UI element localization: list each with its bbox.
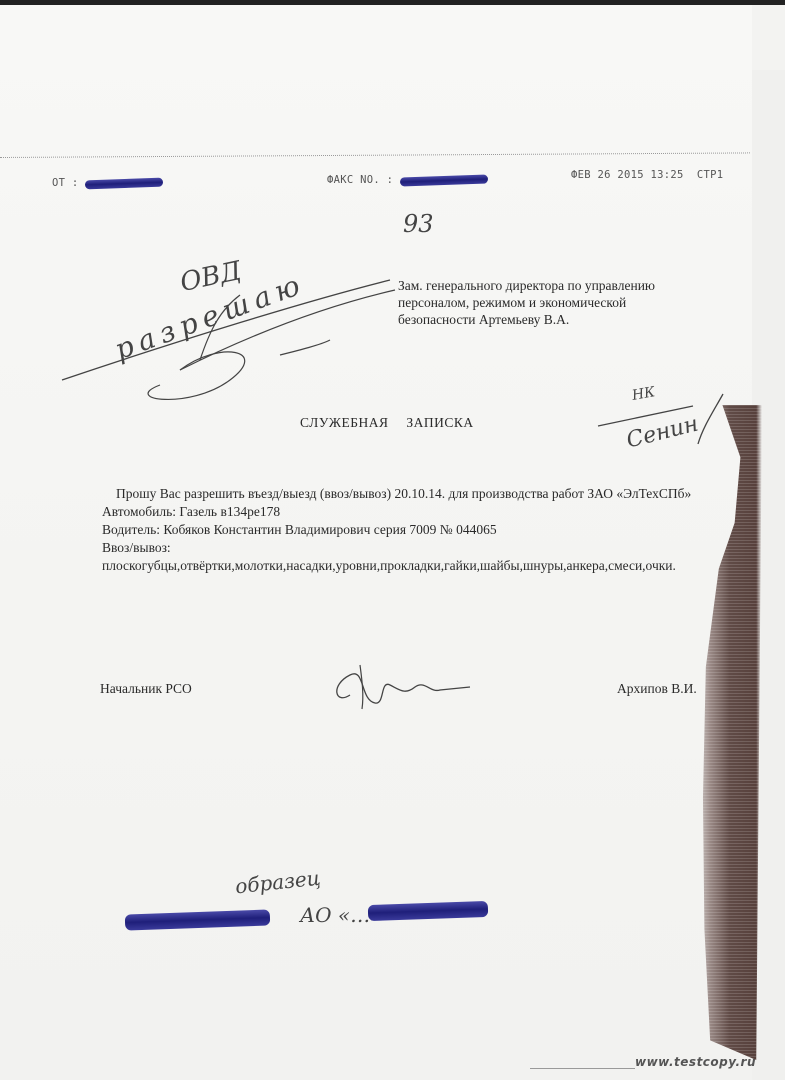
memo-cargo-items: плоскогубцы,отвёртки,молотки,насадки,уро… [102,557,702,575]
watermark: www.testcopy.ru [635,1055,756,1069]
fax-datetime: ФЕВ 26 2015 13:25 СТР1 [571,169,723,181]
signoff-signature [330,665,480,710]
fax-number: ФАКС NO. : [327,174,488,186]
fax-from-label: ОТ : [52,177,79,189]
addressee-block: Зам. генерального директора по управлени… [398,277,718,328]
resolution-signature-strokes [60,260,420,410]
memo-request: Прошу Вас разрешить въезд/выезд (ввоз/вы… [102,485,702,503]
signoff-name: Архипов В.И. [617,681,697,697]
memo-vehicle: Автомобиль: Газель в134ре178 [102,503,702,521]
redaction-mark [400,174,488,186]
memo-cargo-label: Ввоз/вывоз: [102,539,702,557]
addressee-line: Зам. генерального директора по управлени… [398,277,718,294]
watermark-rule [530,1068,635,1069]
memo-body: Прошу Вас разрешить въезд/выезд (ввоз/вы… [102,485,702,575]
fax-number-label: ФАКС NO. : [327,174,393,186]
memo-driver: Водитель: Кобяков Константин Владимирови… [102,521,702,539]
fax-datetime-value: ФЕВ 26 2015 13:25 [571,169,684,181]
signoff-role: Начальник РСО [100,681,192,697]
redaction-mark [85,177,163,189]
fax-page-label: СТР1 [697,169,724,181]
document-title: СЛУЖЕБНАЯ ЗАПИСКА [300,415,474,431]
incoming-number: 93 [403,210,434,238]
addressee-line: безопасности Артемьеву В.А. [398,311,718,328]
addressee-line: персоналом, режимом и экономической [398,294,718,311]
fax-from: ОТ : [52,177,163,189]
